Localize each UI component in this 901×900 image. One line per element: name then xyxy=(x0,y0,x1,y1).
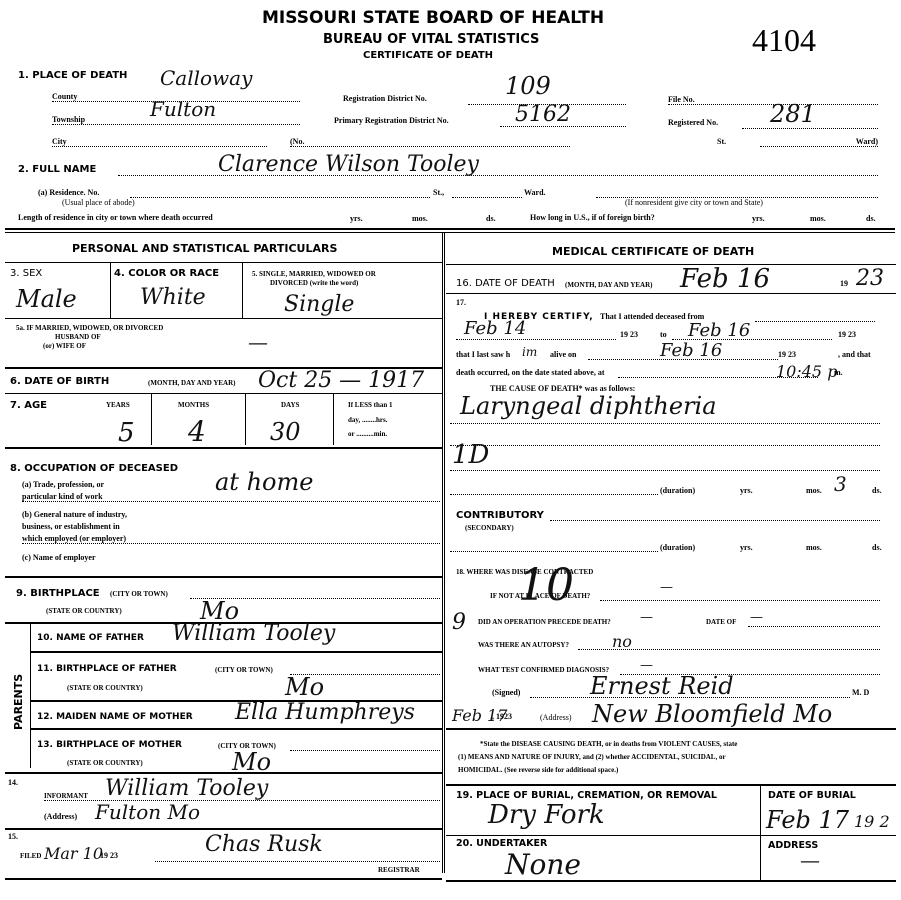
duration-mos-label: mos. xyxy=(806,486,822,495)
father-value: William Tooley xyxy=(172,621,335,646)
foreign-birth-label: How long in U.S., if of foreign birth? xyxy=(530,213,655,222)
burial-year: 19 2 xyxy=(854,812,890,831)
death-time-meridiem: m. xyxy=(834,368,843,377)
filed-year: 19 23 xyxy=(100,851,118,860)
informant-number: 14. xyxy=(8,778,18,787)
last-saw-pronoun: im xyxy=(522,345,537,359)
father-bp-state-label: (STATE OR COUNTRY) xyxy=(67,684,143,692)
secondary-duration-label: (duration) xyxy=(660,543,695,552)
occ-b-label-1: (b) General nature of industry, xyxy=(22,510,127,519)
residence-st-label: St., xyxy=(433,188,444,197)
spouse-label-1: 5a. IF MARRIED, WIDOWED, OR DIVORCED xyxy=(16,324,163,332)
township-value: Fulton xyxy=(150,97,216,121)
father-label: 10. NAME OF FATHER xyxy=(37,633,144,643)
last-saw-value: Feb 16 xyxy=(660,340,722,361)
burial-place-value: Dry Fork xyxy=(488,800,605,830)
yrs-label: yrs. xyxy=(350,214,363,223)
test-value: — xyxy=(640,658,653,673)
years-label: YEARS xyxy=(106,401,130,409)
primary-reg-label: Primary Registration District No. xyxy=(334,116,449,125)
signed-year: , 1923 xyxy=(492,712,512,721)
contributory-label: CONTRIBUTORY xyxy=(456,510,544,521)
certify-number: 17. xyxy=(456,298,466,307)
secondary-mos-label: mos. xyxy=(806,543,822,552)
age-years-value: 5 xyxy=(118,418,135,448)
physician-address-label: (Address) xyxy=(540,713,572,722)
mother-value: Ella Humphreys xyxy=(235,700,415,725)
stamp-number: 4104 xyxy=(752,22,816,59)
attended-to-value: Feb 16 xyxy=(688,320,750,341)
less-label-1: If LESS than 1 xyxy=(348,401,393,409)
full-name-value: Clarence Wilson Tooley xyxy=(218,152,479,177)
operation-date-label: DATE OF xyxy=(706,618,736,626)
operation-date-value: — xyxy=(750,610,763,625)
secondary-ds-label: ds. xyxy=(872,543,882,552)
city-label: City xyxy=(52,137,267,147)
physician-signature: Ernest Reid xyxy=(590,672,734,700)
burial-date-label: DATE OF BURIAL xyxy=(768,790,856,801)
personal-section-title: PERSONAL AND STATISTICAL PARTICULARS xyxy=(72,242,337,255)
filed-label: FILED xyxy=(20,852,41,860)
footnote-3: HOMICIDAL. (See reverse side for additio… xyxy=(458,766,618,774)
race-value: White xyxy=(140,285,206,310)
last-saw-year: 19 23 xyxy=(778,350,796,359)
operation-value: — xyxy=(640,610,653,625)
date-of-death-label: 16. DATE OF DEATH xyxy=(456,278,555,289)
age-months-value: 4 xyxy=(188,415,206,448)
father-bp-city-label: (CITY OR TOWN) xyxy=(215,666,273,674)
street-label: St. xyxy=(717,137,726,146)
secondary-yrs-label: yrs. xyxy=(740,543,753,552)
birthplace-state-label: (STATE OR COUNTRY) xyxy=(46,607,122,615)
attended-from-value: Feb 14 xyxy=(464,318,526,339)
age-label: 7. AGE xyxy=(10,400,47,411)
autopsy-label: WAS THERE AN AUTOPSY? xyxy=(478,641,569,649)
occ-a-label-1: (a) Trade, profession, or xyxy=(22,480,104,489)
mother-label: 12. MAIDEN NAME OF MOTHER xyxy=(37,712,193,722)
registered-no-label: Registered No. xyxy=(668,118,718,127)
place-of-death-label: 1. PLACE OF DEATH xyxy=(18,70,127,81)
where-annotation: 10 xyxy=(518,560,574,611)
footnote-1: *State the DISEASE CAUSING DEATH, or in … xyxy=(480,740,737,748)
mother-bp-state-label: (STATE OR COUNTRY) xyxy=(67,759,143,767)
nonresident-note: (If nonresident give city or town and St… xyxy=(625,198,763,207)
secondary-label: (SECONDARY) xyxy=(465,524,514,532)
attended-to-label: to xyxy=(660,330,667,339)
mos-label: mos. xyxy=(412,214,428,223)
occupation-label: 8. OCCUPATION OF DECEASED xyxy=(10,463,178,474)
dob-sub: (MONTH, DAY AND YEAR) xyxy=(148,379,236,387)
residence-sub: (Usual place of abode) xyxy=(62,198,135,207)
date-of-death-value: Feb 16 xyxy=(680,264,770,294)
section-divider xyxy=(5,228,895,230)
residence-label: (a) Residence. No. xyxy=(38,188,99,197)
primary-reg-value: 5162 xyxy=(515,102,571,127)
medical-section-title: MEDICAL CERTIFICATE OF DEATH xyxy=(552,245,754,258)
mother-bp-label: 13. BIRTHPLACE OF MOTHER xyxy=(37,740,182,750)
birthplace-label: 9. BIRTHPLACE xyxy=(16,588,100,599)
occupation-value: at home xyxy=(215,468,313,496)
months-label: MONTHS xyxy=(178,401,209,409)
informant-address-label: (Address) xyxy=(44,812,77,821)
dob-value: Oct 25 — 1917 xyxy=(258,368,424,393)
and-that-label: , and that xyxy=(838,350,871,359)
duration-label: (duration) xyxy=(660,486,695,495)
spouse-label-3: (or) WIFE OF xyxy=(43,342,86,350)
foreign-mos-label: mos. xyxy=(810,214,826,223)
ds-label: ds. xyxy=(486,214,496,223)
attended-to-year: 19 23 xyxy=(838,330,856,339)
column-divider xyxy=(442,233,445,873)
cause-value: Laryngeal diphtheria xyxy=(460,392,717,420)
occ-b-label-2: business, or establishment in xyxy=(22,522,120,531)
county-value: Calloway xyxy=(160,66,252,90)
undertaker-value: None xyxy=(505,848,581,881)
death-time-label: death occurred, on the date stated above… xyxy=(456,368,605,377)
marital-value: Single xyxy=(284,292,354,317)
sex-label: 3. SEX xyxy=(10,268,42,279)
spouse-label-2: HUSBAND OF xyxy=(55,333,101,341)
age-days-value: 30 xyxy=(270,418,301,446)
signed-label: (Signed) xyxy=(492,688,520,697)
reg-district-value: 109 xyxy=(505,72,551,100)
parents-label: PARENTS xyxy=(12,674,25,730)
street-no-label: (No. xyxy=(290,137,570,147)
footnote-2: (1) MEANS AND NATURE OF INJURY, and (2) … xyxy=(458,753,726,761)
marital-label-2: DIVORCED (write the word) xyxy=(270,279,358,287)
operation-label: DID AN OPERATION PRECEDE DEATH? xyxy=(478,618,611,626)
registered-no-value: 281 xyxy=(770,100,816,128)
filed-date-value: Mar 10 xyxy=(44,844,103,863)
foreign-ds-label: ds. xyxy=(866,214,876,223)
form-type: CERTIFICATE OF DEATH xyxy=(363,50,493,61)
length-residence-label: Length of residence in city or town wher… xyxy=(18,213,213,222)
date-of-death-year: 23 xyxy=(856,266,884,291)
days-label: DAYS xyxy=(281,401,299,409)
alive-on-label: alive on xyxy=(550,350,576,359)
father-bp-value: Mo xyxy=(285,673,324,701)
duration-yrs-label: yrs. xyxy=(740,486,753,495)
death-time-value: 10:45 p xyxy=(776,362,837,381)
less-label-3: or ..........min. xyxy=(348,430,387,438)
race-label: 4. COLOR OR RACE xyxy=(114,268,219,279)
attended-from-year: 19 23 xyxy=(620,330,638,339)
last-saw-label: that I last saw h xyxy=(456,350,510,359)
reg-district-label: Registration District No. xyxy=(343,94,427,103)
filed-number: 15. xyxy=(8,832,18,841)
certificate-title: MISSOURI STATE BOARD OF HEALTH xyxy=(262,8,604,28)
informant-value: William Tooley xyxy=(105,776,268,801)
registrar-label: REGISTRAR xyxy=(378,866,420,874)
marital-label: 5. SINGLE, MARRIED, WIDOWED OR xyxy=(252,270,376,278)
residence-ward-label: Ward. xyxy=(524,188,546,197)
undertaker-address-value: — xyxy=(800,848,820,872)
father-bp-label: 11. BIRTHPLACE OF FATHER xyxy=(37,664,177,674)
death-year-prefix: 19 xyxy=(840,279,848,288)
dob-label: 6. DATE OF BIRTH xyxy=(10,376,109,387)
full-name-label: 2. FULL NAME xyxy=(18,164,96,175)
occ-c-label: (c) Name of employer xyxy=(22,553,96,562)
cause-code: 1D xyxy=(452,440,489,470)
ward-label: Ward) xyxy=(760,137,878,147)
spouse-value: — xyxy=(248,330,268,354)
margin-annotation: 9 xyxy=(452,610,466,635)
informant-address-value: Fulton Mo xyxy=(95,800,200,824)
burial-date-value: Feb 17 xyxy=(766,806,849,834)
registrar-signature: Chas Rusk xyxy=(205,832,323,857)
autopsy-value: no xyxy=(612,632,632,651)
md-label: M. D xyxy=(852,688,869,697)
bureau-subtitle: BUREAU OF VITAL STATISTICS xyxy=(323,32,539,47)
less-label-2: day, ........hrs. xyxy=(348,416,387,424)
duration-ds-label: ds. xyxy=(872,486,882,495)
birthplace-city-label: (CITY OR TOWN) xyxy=(110,590,168,598)
where-contracted-value: — xyxy=(660,580,673,595)
date-of-death-sub: (MONTH, DAY AND YEAR) xyxy=(565,281,653,289)
duration-value: 3 xyxy=(834,472,847,496)
sex-value: Male xyxy=(16,285,77,313)
physician-address-value: New Bloomfield Mo xyxy=(592,700,832,728)
occ-b-label-3: which employed (or employer) xyxy=(22,534,440,544)
foreign-yrs-label: yrs. xyxy=(752,214,765,223)
